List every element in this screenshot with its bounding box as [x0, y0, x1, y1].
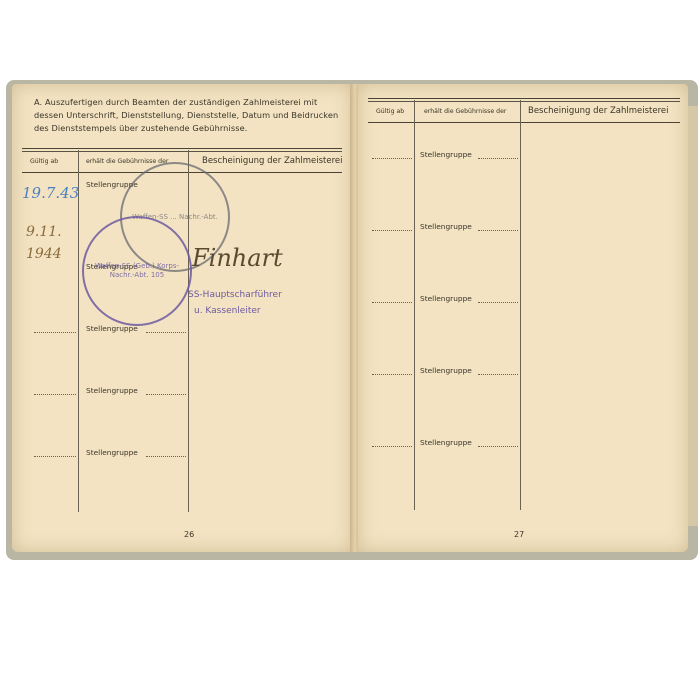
signature: Finhart [192, 244, 283, 272]
dotted-line [478, 230, 518, 231]
page-number-right: 27 [514, 530, 524, 539]
instruction-label: A. [34, 97, 42, 107]
handwritten-date-2a: 9.11. [26, 224, 62, 240]
stamped-rank: SS-Hauptscharführer [188, 290, 282, 300]
col-header-certification: Bescheinigung der Zahlmeisterei [528, 106, 669, 116]
col-header-valid-from: Gültig ab [376, 108, 404, 115]
table-top-rule-2 [22, 151, 342, 152]
open-booklet: A. Auszufertigen durch Beamten der zustä… [6, 76, 698, 562]
dotted-line [146, 394, 186, 395]
dotted-line [34, 332, 76, 333]
col-header-pay-group: erhält die Gebührnisse der [424, 108, 506, 115]
handwritten-date-2b: 1944 [26, 246, 62, 262]
col-divider-1 [414, 100, 415, 510]
dotted-line [372, 446, 412, 447]
dotted-line [372, 302, 412, 303]
table-top-rule [368, 98, 680, 99]
dotted-line [372, 230, 412, 231]
table-top-rule [22, 148, 342, 149]
col-divider-1 [78, 150, 79, 512]
page-number-left: 26 [184, 530, 194, 539]
seal-2-text: Waffen-SS (Geb.) Korps-Nachr.-Abt. 105 [84, 262, 190, 280]
instruction-body: Auszufertigen durch Beamten der zuständi… [34, 97, 338, 133]
row-label: Stellengruppe [420, 150, 472, 159]
official-seal-2: Waffen-SS (Geb.) Korps-Nachr.-Abt. 105 [82, 216, 192, 326]
row-label: Stellengruppe [420, 366, 472, 375]
row-label: Stellengruppe [420, 438, 472, 447]
col-header-pay-group: erhält die Gebührnisse der [86, 158, 168, 165]
page-edges [688, 106, 698, 526]
right-page: Gültig ab erhält die Gebührnisse der Bes… [358, 84, 688, 552]
col-header-valid-from: Gültig ab [30, 158, 58, 165]
instruction-text: A. Auszufertigen durch Beamten der zustä… [34, 96, 340, 135]
dotted-line [372, 158, 412, 159]
dotted-line [478, 302, 518, 303]
row-label: Stellengruppe [86, 386, 138, 395]
dotted-line [146, 456, 186, 457]
dotted-line [34, 394, 76, 395]
dotted-line [146, 332, 186, 333]
left-page: A. Auszufertigen durch Beamten der zustä… [12, 84, 352, 552]
handwritten-date-1: 19.7.43 [22, 184, 79, 202]
col-divider-2 [520, 100, 521, 510]
dotted-line [34, 456, 76, 457]
stamped-role: u. Kassenleiter [194, 306, 261, 316]
row-label: Stellengruppe [420, 222, 472, 231]
dotted-line [478, 446, 518, 447]
dotted-line [372, 374, 412, 375]
dotted-line [478, 374, 518, 375]
col-header-certification: Bescheinigung der Zahlmeisterei [202, 156, 343, 166]
row-label: Stellengruppe [420, 294, 472, 303]
dotted-line [478, 158, 518, 159]
row-label: Stellengruppe [86, 448, 138, 457]
